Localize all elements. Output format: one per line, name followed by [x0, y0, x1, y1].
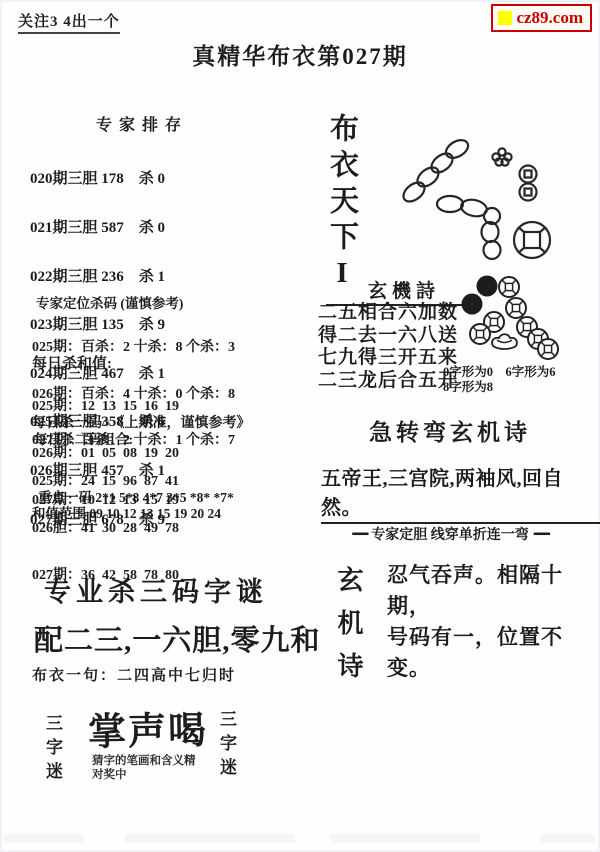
scan-artifact	[4, 834, 84, 843]
riddle-main-line: 配二三,一六胆,零九和	[34, 618, 321, 659]
lottery-tip-sheet: 关注3 4出一个 cz89.com 真精华布衣第027期 专家排存 020期三胆…	[0, 0, 600, 852]
rank-row: 020期三胆 178 杀 0	[30, 171, 165, 187]
xuanji-poem-line: 二五相合六加数	[318, 302, 458, 325]
three-char-note-line: 对奖中	[92, 768, 196, 782]
three-char-note-line: 猜字的笔画和含义精	[92, 754, 196, 768]
page-title: 真精华布衣第027期	[0, 38, 600, 71]
coins-sketch-icon	[452, 270, 577, 360]
yellow-square-icon	[498, 11, 512, 25]
site-badge-link[interactable]: cz89.com	[491, 4, 592, 32]
sharp-turn-line: 五帝王,三宫院,两袖风,回自然。	[321, 462, 600, 524]
mystery-poem-line: 号码有一，位置不变。	[387, 622, 600, 684]
divider-dash-left: ━━	[352, 525, 366, 544]
three-char-word: 掌声喝	[88, 699, 209, 756]
expert-dingdan-divider: ━━ 专家定胆 线穿单折连一弯 ━━	[316, 524, 584, 544]
sharp-turn-title: 急转弯玄机诗	[330, 414, 570, 447]
three-char-label-right: 三字迷	[214, 710, 239, 782]
divider-label: 专家定胆 线穿单折连一弯	[371, 524, 529, 544]
three-char-note: 猜字的笔画和含义精 对奖中	[92, 754, 196, 782]
scan-artifact	[330, 834, 480, 843]
xuanji-poem-line: 七九得三开五来	[318, 347, 458, 370]
buyi-sentence: 布衣一句：二四高中七归时	[32, 664, 236, 685]
xuanji-poem-line: 二三龙后合五开	[318, 370, 458, 393]
sum-range-line: 和值范围 09 10 12 13 15 19 20 24	[32, 502, 221, 522]
coin-shape-note-2: 8字形为8	[443, 377, 493, 395]
mystery-poem-line: 忍气吞声。相隔十期，	[387, 560, 600, 622]
mystery-poem-vertical-label: 玄机诗	[330, 566, 367, 796]
scan-artifact	[540, 834, 595, 843]
rank-row: 021期三胆 587 杀 0	[30, 220, 165, 236]
riddle-title: 专业杀三码字谜	[44, 570, 268, 609]
buyi-tianxia-banner: 布衣天下I	[322, 113, 363, 303]
xuanji-poem-line: 得二去一六八送	[318, 325, 458, 348]
expert-rank-header: 专家排存	[96, 112, 188, 135]
three-char-label-left: 三字迷	[40, 714, 65, 786]
rank-row: 022期三胆 236 杀 1	[30, 269, 165, 285]
kill-two-row: 026胆：41 30 28 49 78	[32, 521, 179, 537]
xuanji-poem: 二五相合六加数 得二去一六八送 七九得三开五来 二三龙后合五开	[318, 302, 458, 392]
divider-dash-right: ━━	[534, 525, 548, 544]
scan-artifact	[125, 834, 295, 843]
mystery-poem-text: 忍气吞声。相隔十期， 号码有一，位置不变。	[387, 560, 600, 684]
top-note: 关注3 4出一个	[18, 10, 120, 34]
site-badge-text: cz89.com	[516, 8, 583, 28]
beads-sketch-icon	[386, 110, 571, 260]
